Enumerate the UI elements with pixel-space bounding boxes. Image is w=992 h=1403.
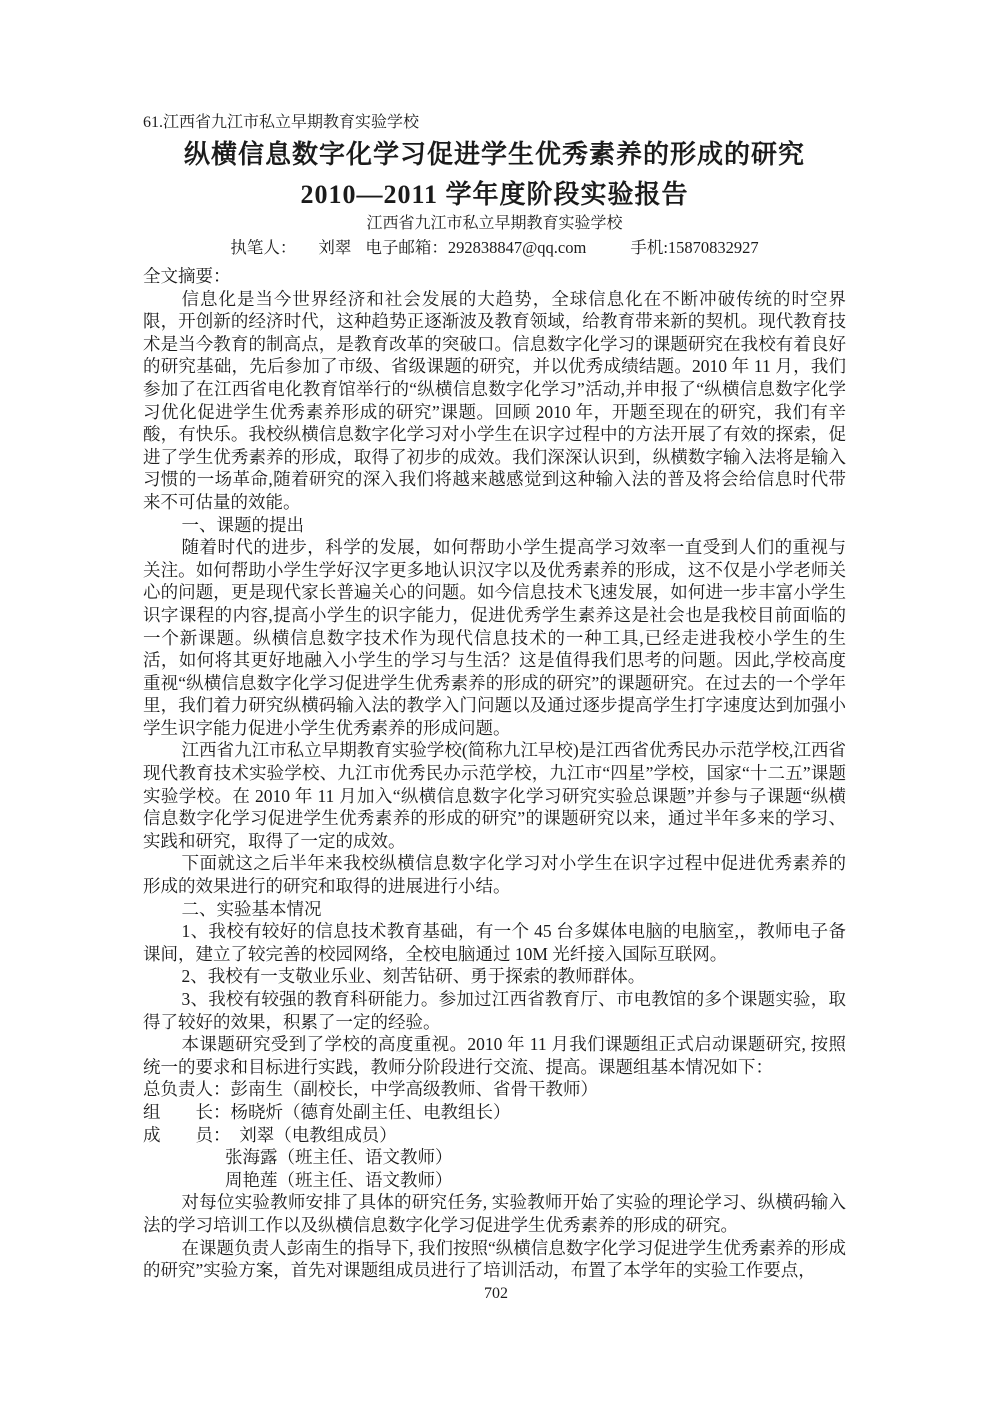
- doc-title: 纵横信息数字化学习促进学生优秀素养的形成的研究: [143, 138, 846, 171]
- section1-paragraph-3: 下面就这之后半年来我校纵横信息数字化学习对小学生在识字过程中促进优秀素养的形成的…: [143, 852, 846, 897]
- team-line-leader: 总负责人：彭南生（副校长，中学高级教师、省骨干教师）: [143, 1078, 846, 1101]
- team-line-member-1: 成 员： 刘翠（电教组成员）: [143, 1124, 846, 1147]
- document-body: 全文摘要： 信息化是当今世界经济和社会发展的大趋势，全球信息化在不断冲破传统的时…: [143, 265, 846, 1282]
- section2-paragraph-3: 3、我校有较强的教育科研能力。参加过江西省教育厅、市电教馆的多个课题实验，取得了…: [143, 988, 846, 1033]
- document-page: 61.江西省九江市私立早期教育实验学校 纵横信息数字化学习促进学生优秀素养的形成…: [0, 0, 992, 1403]
- section2-paragraph-1: 1、我校有较好的信息技术教育基础，有一个 45 台多媒体电脑的电脑室,，教师电子…: [143, 920, 846, 965]
- section2-paragraph-4: 本课题研究受到了学校的高度重视。2010 年 11 月我们课题组正式启动课题研究…: [143, 1033, 846, 1078]
- team-line-member-3: 周艳莲（班主任、语文教师）: [143, 1169, 846, 1192]
- section1-paragraph-2: 江西省九江市私立早期教育实验学校(简称九江早校)是江西省优秀民办示范学校,江西省…: [143, 739, 846, 852]
- author-label: 执笔人：: [230, 238, 296, 257]
- email-label: 电子邮箱：: [365, 238, 448, 257]
- section2-paragraph-5: 对每位实验教师安排了具体的研究任务, 实验教师开始了实验的理论学习、纵横码输入法…: [143, 1191, 846, 1236]
- section2-paragraph-2: 2、我校有一支敬业乐业、刻苦钻研、勇于探索的教师群体。: [143, 965, 846, 988]
- doc-subtitle: 2010—2011 学年度阶段实验报告: [143, 178, 846, 211]
- byline: 执笔人：刘翠电子邮箱：292838847@qq.com手机:1587083292…: [143, 237, 846, 259]
- abstract-paragraph: 信息化是当今世界经济和社会发展的大趋势，全球信息化在不断冲破传统的时空界限，开创…: [143, 288, 846, 514]
- section2-heading: 二、实验基本情况: [143, 898, 846, 921]
- email-value: 292838847@qq.com: [448, 238, 586, 257]
- section2-paragraph-6: 在课题负责人彭南生的指导下, 我们按照“纵横信息数字化学习促进学生优秀素养的形成…: [143, 1237, 846, 1282]
- abstract-label: 全文摘要：: [143, 265, 846, 288]
- phone-label: 手机:: [630, 238, 668, 257]
- phone-value: 15870832927: [668, 238, 759, 257]
- doc-number-line: 61.江西省九江市私立早期教育实验学校: [143, 112, 846, 133]
- school-line: 江西省九江市私立早期教育实验学校: [143, 214, 846, 234]
- document-content: 61.江西省九江市私立早期教育实验学校 纵横信息数字化学习促进学生优秀素养的形成…: [143, 112, 846, 1282]
- section1-heading: 一、课题的提出: [143, 514, 846, 537]
- page-number: 702: [0, 1284, 992, 1304]
- section1-paragraph-1: 随着时代的进步，科学的发展，如何帮助小学生提高学习效率一直受到人们的重视与关注。…: [143, 536, 846, 739]
- author-name: 刘翠: [318, 238, 351, 257]
- team-line-member-2: 张海露（班主任、语文教师）: [143, 1146, 846, 1169]
- team-line-head: 组 长：杨晓炘（德育处副主任、电教组长）: [143, 1101, 846, 1124]
